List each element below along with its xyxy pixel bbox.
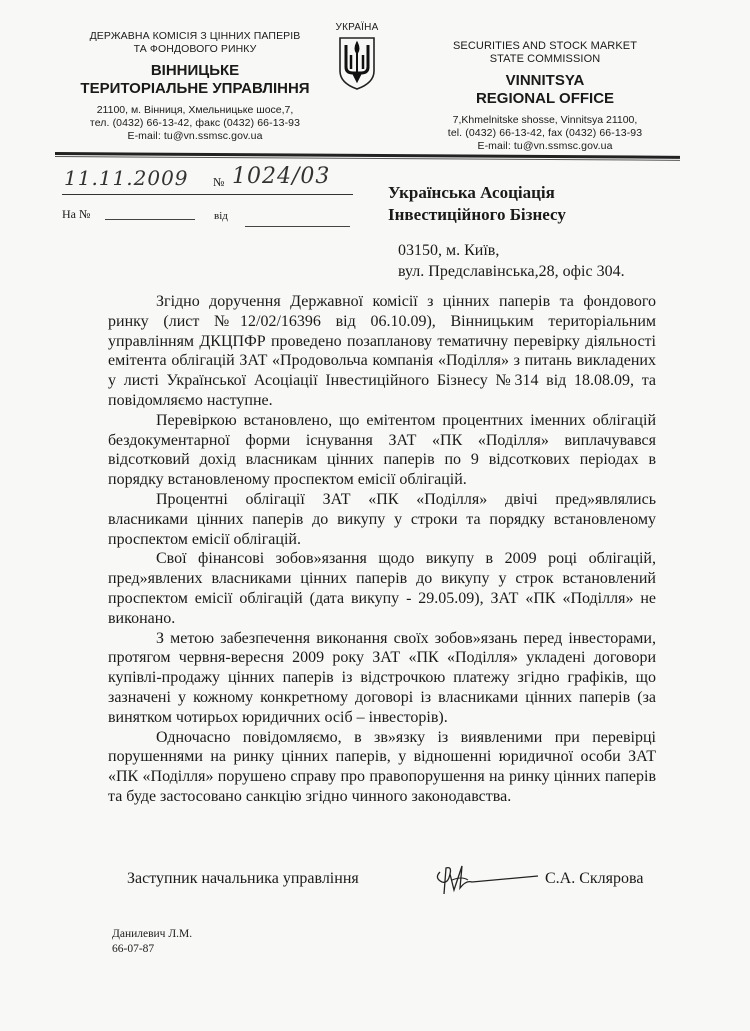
letter-body: Згідно доручення Державної комісії з цін… bbox=[108, 292, 656, 807]
office-name-ua-line2: ТЕРИТОРІАЛЬНЕ УПРАВЛІННЯ bbox=[60, 80, 330, 98]
reference-label: На № bbox=[62, 207, 90, 222]
address-ua: 21100, м. Вінниця, Хмельницьке шосе,7, bbox=[60, 104, 330, 117]
recipient-address: 03150, м. Київ, вул. Предславінська,28, … bbox=[398, 240, 625, 282]
number-symbol: № bbox=[213, 175, 224, 190]
signatory-name: С.А. Склярова bbox=[545, 870, 643, 888]
org-name-en-line1: SECURITIES AND STOCK MARKET bbox=[410, 40, 680, 53]
executor-name: Данилевич Л.М. bbox=[112, 927, 192, 942]
office-name-en-line1: VINNITSYA bbox=[410, 72, 680, 90]
recipient-address-line1: 03150, м. Київ, bbox=[398, 240, 625, 261]
paragraph: Свої фінансові зобов»язання щодо викупу … bbox=[108, 549, 656, 628]
email-en: E-mail: tu@vn.ssmsc.gov.ua bbox=[410, 140, 680, 153]
signatory-title: Заступник начальника управління bbox=[127, 870, 359, 888]
handwritten-signature-icon bbox=[432, 860, 542, 900]
paragraph: Процентні облігації ЗАТ «ПК «Поділля» дв… bbox=[108, 490, 656, 549]
emblem-label: УКРАЇНА bbox=[331, 22, 383, 33]
phone-en: tel. (0432) 66-13-42, fax (0432) 66-13-9… bbox=[410, 127, 680, 140]
registration-date: 11.11.2009 bbox=[64, 166, 189, 190]
reference-number-line bbox=[105, 219, 195, 220]
registration-number: 1024/03 bbox=[232, 164, 330, 189]
recipient-name-line2: Інвестиційного Бізнесу bbox=[388, 204, 566, 226]
paragraph: Згідно доручення Державної комісії з цін… bbox=[108, 292, 656, 411]
state-emblem: УКРАЇНА bbox=[331, 22, 383, 91]
org-name-ua-line2: ТА ФОНДОВОГО РИНКУ bbox=[60, 43, 330, 56]
office-name-en-line2: REGIONAL OFFICE bbox=[410, 90, 680, 108]
reference-date-line bbox=[245, 226, 350, 227]
recipient-name-line1: Українська Асоціація bbox=[388, 182, 566, 204]
document-page: ДЕРЖАВНА КОМІСІЯ З ЦІННИХ ПАПЕРІВ ТА ФОН… bbox=[0, 0, 750, 1031]
recipient-address-line2: вул. Предславінська,28, офіс 304. bbox=[398, 261, 625, 282]
office-name-ua-line1: ВІННИЦЬКЕ bbox=[60, 62, 330, 80]
phone-ua: тел. (0432) 66-13-42, факс (0432) 66-13-… bbox=[60, 117, 330, 130]
executor-phone: 66-07-87 bbox=[112, 942, 192, 957]
recipient-name: Українська Асоціація Інвестиційного Бізн… bbox=[388, 182, 566, 226]
org-name-ua-line1: ДЕРЖАВНА КОМІСІЯ З ЦІННИХ ПАПЕРІВ bbox=[60, 30, 330, 43]
executor-info: Данилевич Л.М. 66-07-87 bbox=[112, 927, 192, 957]
org-name-en-line2: STATE COMMISSION bbox=[410, 53, 680, 66]
paragraph: Перевіркою встановлено, що емітентом про… bbox=[108, 411, 656, 490]
letterhead-left: ДЕРЖАВНА КОМІСІЯ З ЦІННИХ ПАПЕРІВ ТА ФОН… bbox=[60, 30, 330, 143]
trident-coat-of-arms-icon bbox=[337, 35, 377, 91]
address-en: 7,Khmelnitske shosse, Vinnitsya 21100, bbox=[410, 114, 680, 127]
paragraph: З метою забезпечення виконання своїх зоб… bbox=[108, 629, 656, 728]
email-ua: E-mail: tu@vn.ssmsc.gov.ua bbox=[60, 130, 330, 143]
reference-from-label: від bbox=[214, 210, 228, 222]
paragraph: Одночасно повідомляємо, в зв»язку із вия… bbox=[108, 728, 656, 807]
letterhead-right: SECURITIES AND STOCK MARKET STATE COMMIS… bbox=[410, 40, 680, 153]
